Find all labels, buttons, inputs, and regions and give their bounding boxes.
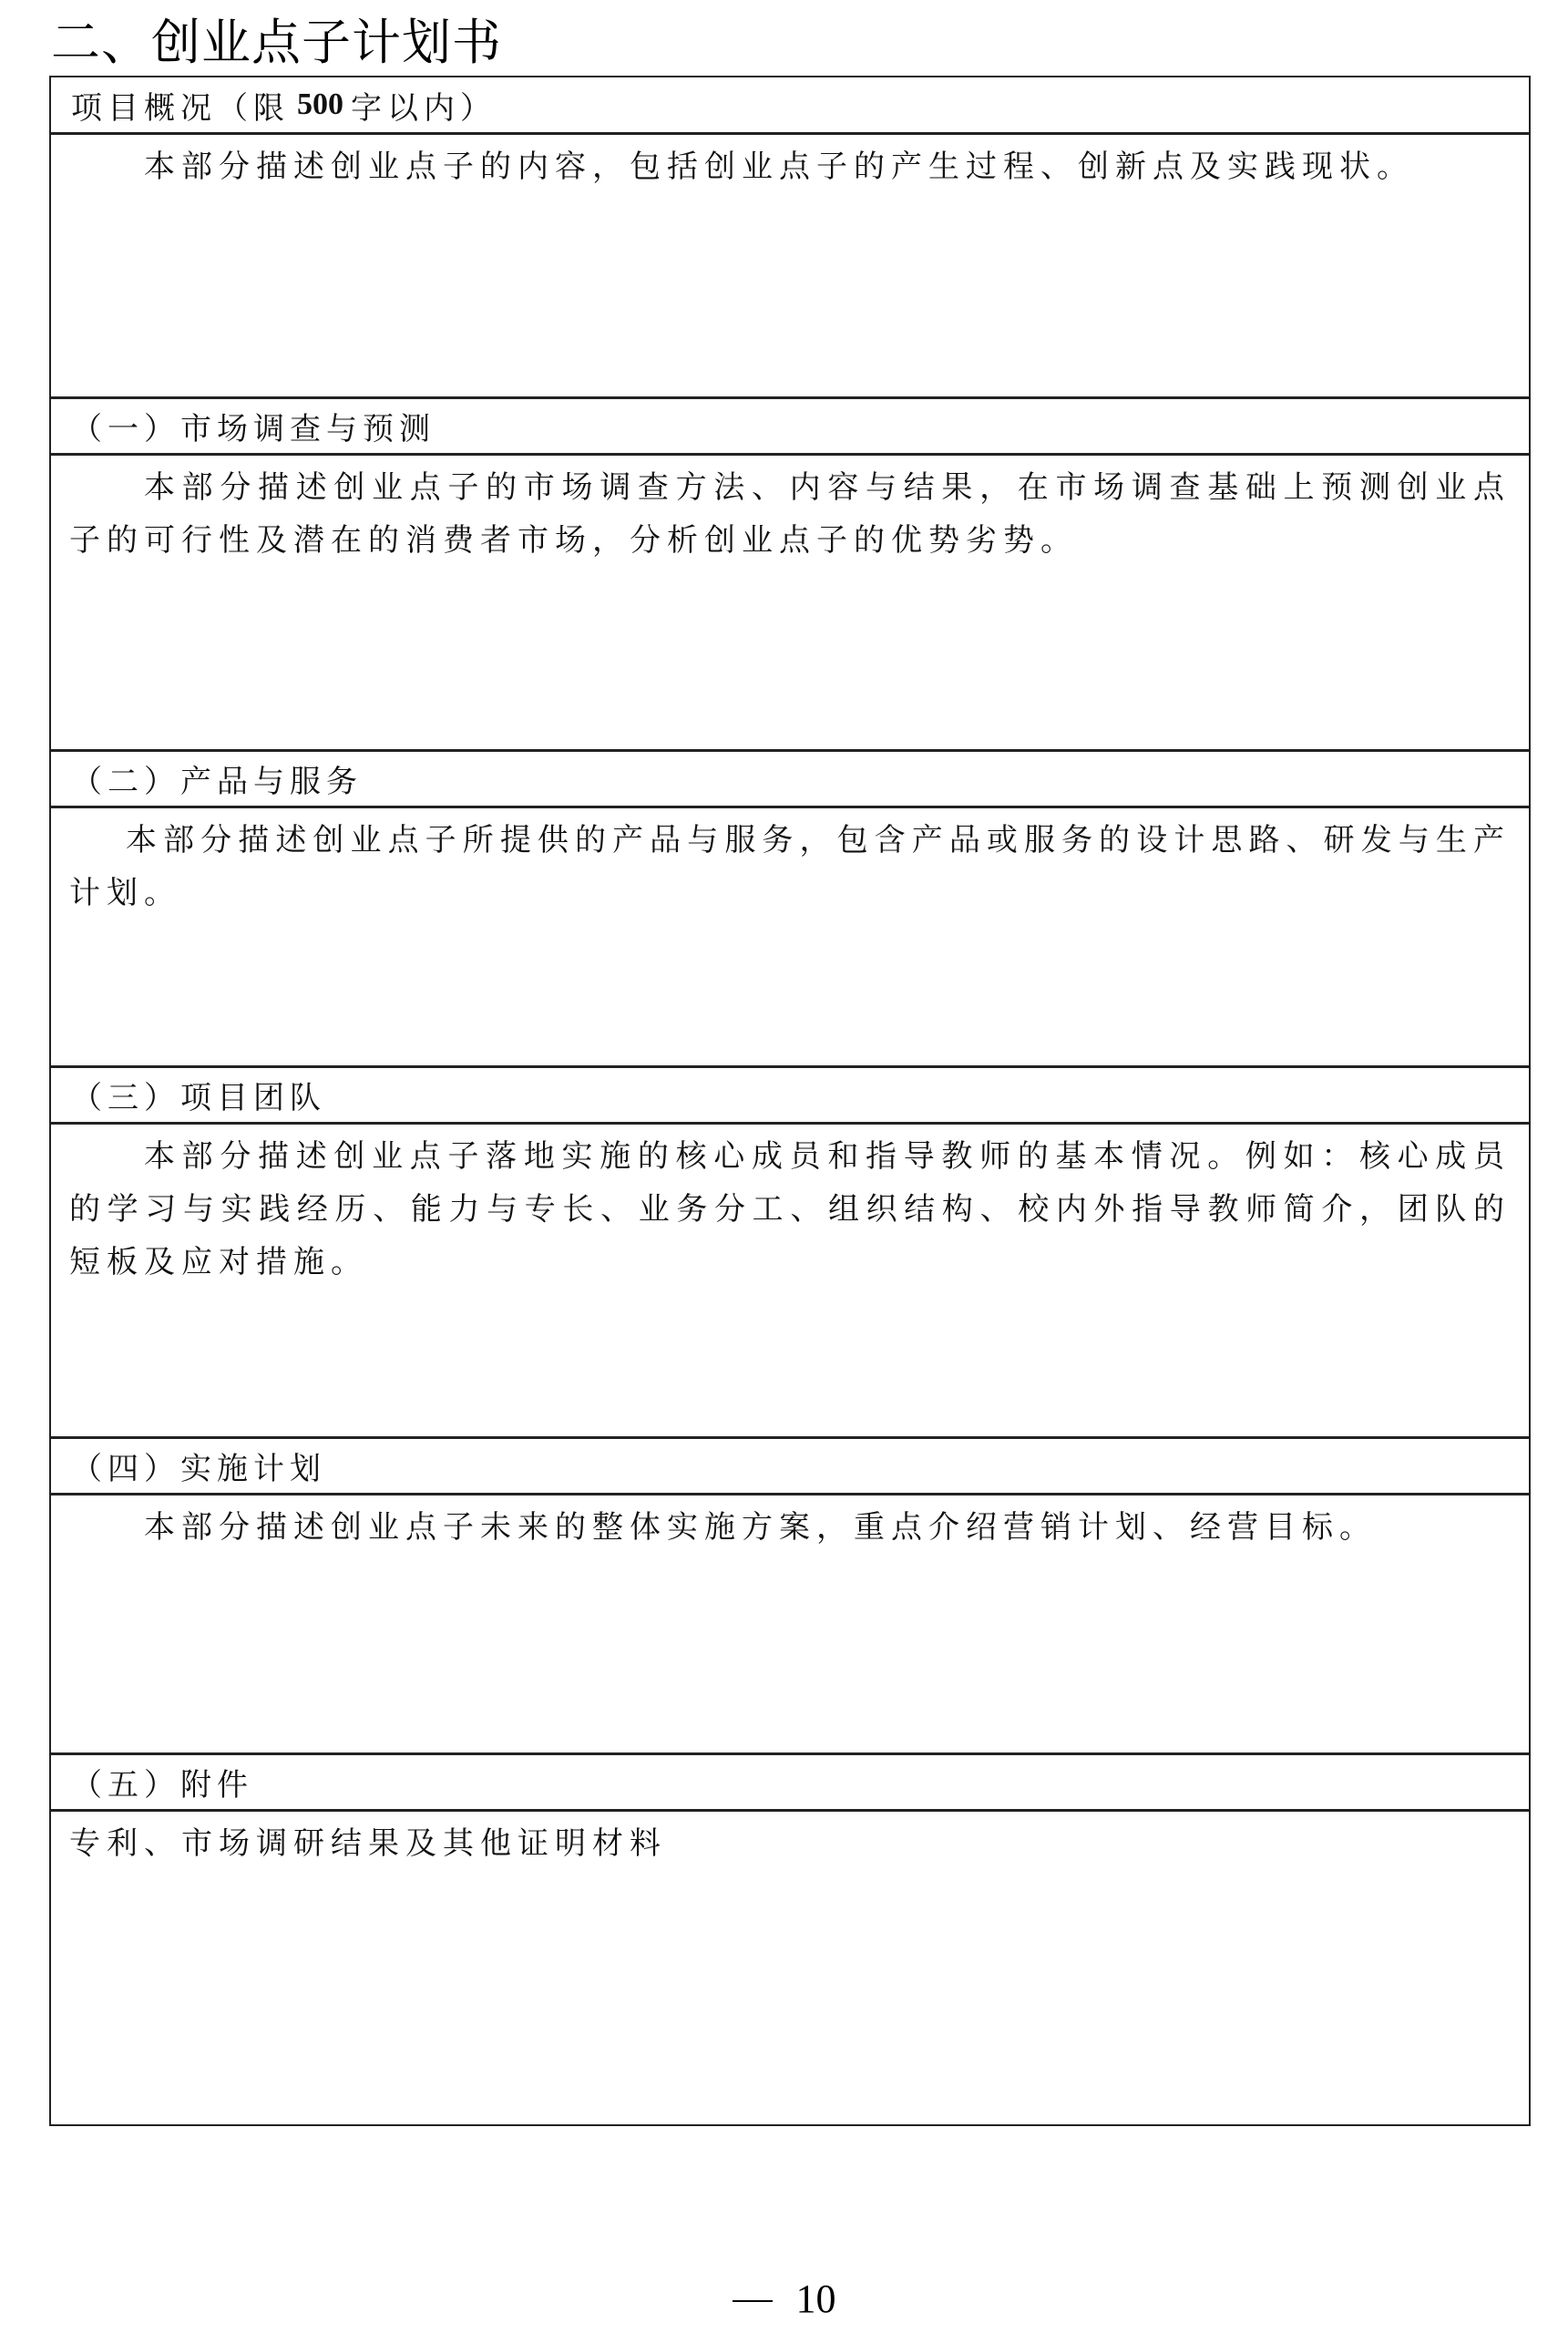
section-header-label: 项目概况（限 [71, 83, 290, 128]
section-body-attachments[interactable]: 专利、市场调研结果及其他证明材料 [51, 1812, 1529, 2124]
section-body-text: 本部分描述创业点子落地实施的核心成员和指导教师的基本情况。例如：核心成员的学习与… [69, 1130, 1511, 1289]
section-body-implementation-plan[interactable]: 本部分描述创业点子未来的整体实施方案，重点介绍营销计划、经营目标。 [51, 1495, 1529, 1755]
section-header-label: （五）附件 [71, 1760, 253, 1804]
section-header-attachments: （五）附件 [51, 1755, 1529, 1812]
section-body-market-research[interactable]: 本部分描述创业点子的市场调查方法、内容与结果，在市场调查基础上预测创业点子的可行… [51, 456, 1529, 752]
business-plan-form-table: 项目概况（限500字以内） 本部分描述创业点子的内容，包括创业点子的产生过程、创… [49, 76, 1531, 2126]
section-header-project-overview: 项目概况（限500字以内） [51, 77, 1529, 135]
section-header-products-services: （二）产品与服务 [51, 752, 1529, 808]
section-body-project-overview[interactable]: 本部分描述创业点子的内容，包括创业点子的产生过程、创新点及实践现状。 [51, 135, 1529, 399]
section-header-label: （一）市场调查与预测 [71, 404, 436, 448]
page-title: 二、创业点子计划书 [51, 13, 502, 73]
word-limit-number: 500 [297, 87, 343, 122]
section-header-label: （四）实施计划 [71, 1444, 326, 1488]
section-header-label-suffix: 字以内） [351, 83, 497, 128]
section-body-text: 本部分描述创业点子的内容，包括创业点子的产生过程、创新点及实践现状。 [69, 140, 1511, 193]
section-body-products-services[interactable]: 本部分描述创业点子所提供的产品与服务，包含产品或服务的设计思路、研发与生产计划。 [51, 808, 1529, 1068]
section-header-implementation-plan: （四）实施计划 [51, 1439, 1529, 1495]
em-dash-decoration [733, 2300, 773, 2302]
section-body-text: 本部分描述创业点子所提供的产品与服务，包含产品或服务的设计思路、研发与生产计划。 [69, 814, 1511, 920]
section-header-project-team: （三）项目团队 [51, 1068, 1529, 1125]
section-body-project-team[interactable]: 本部分描述创业点子落地实施的核心成员和指导教师的基本情况。例如：核心成员的学习与… [51, 1125, 1529, 1439]
page-number-footer: 10 [0, 2276, 1568, 2322]
section-header-label: （二）产品与服务 [71, 756, 363, 801]
section-header-label: （三）项目团队 [71, 1073, 326, 1117]
section-header-market-research: （一）市场调查与预测 [51, 399, 1529, 456]
page-number: 10 [796, 2276, 836, 2321]
section-body-text: 本部分描述创业点子的市场调查方法、内容与结果，在市场调查基础上预测创业点子的可行… [69, 461, 1511, 567]
section-body-text: 专利、市场调研结果及其他证明材料 [69, 1817, 1511, 1870]
section-body-text: 本部分描述创业点子未来的整体实施方案，重点介绍营销计划、经营目标。 [69, 1501, 1511, 1554]
